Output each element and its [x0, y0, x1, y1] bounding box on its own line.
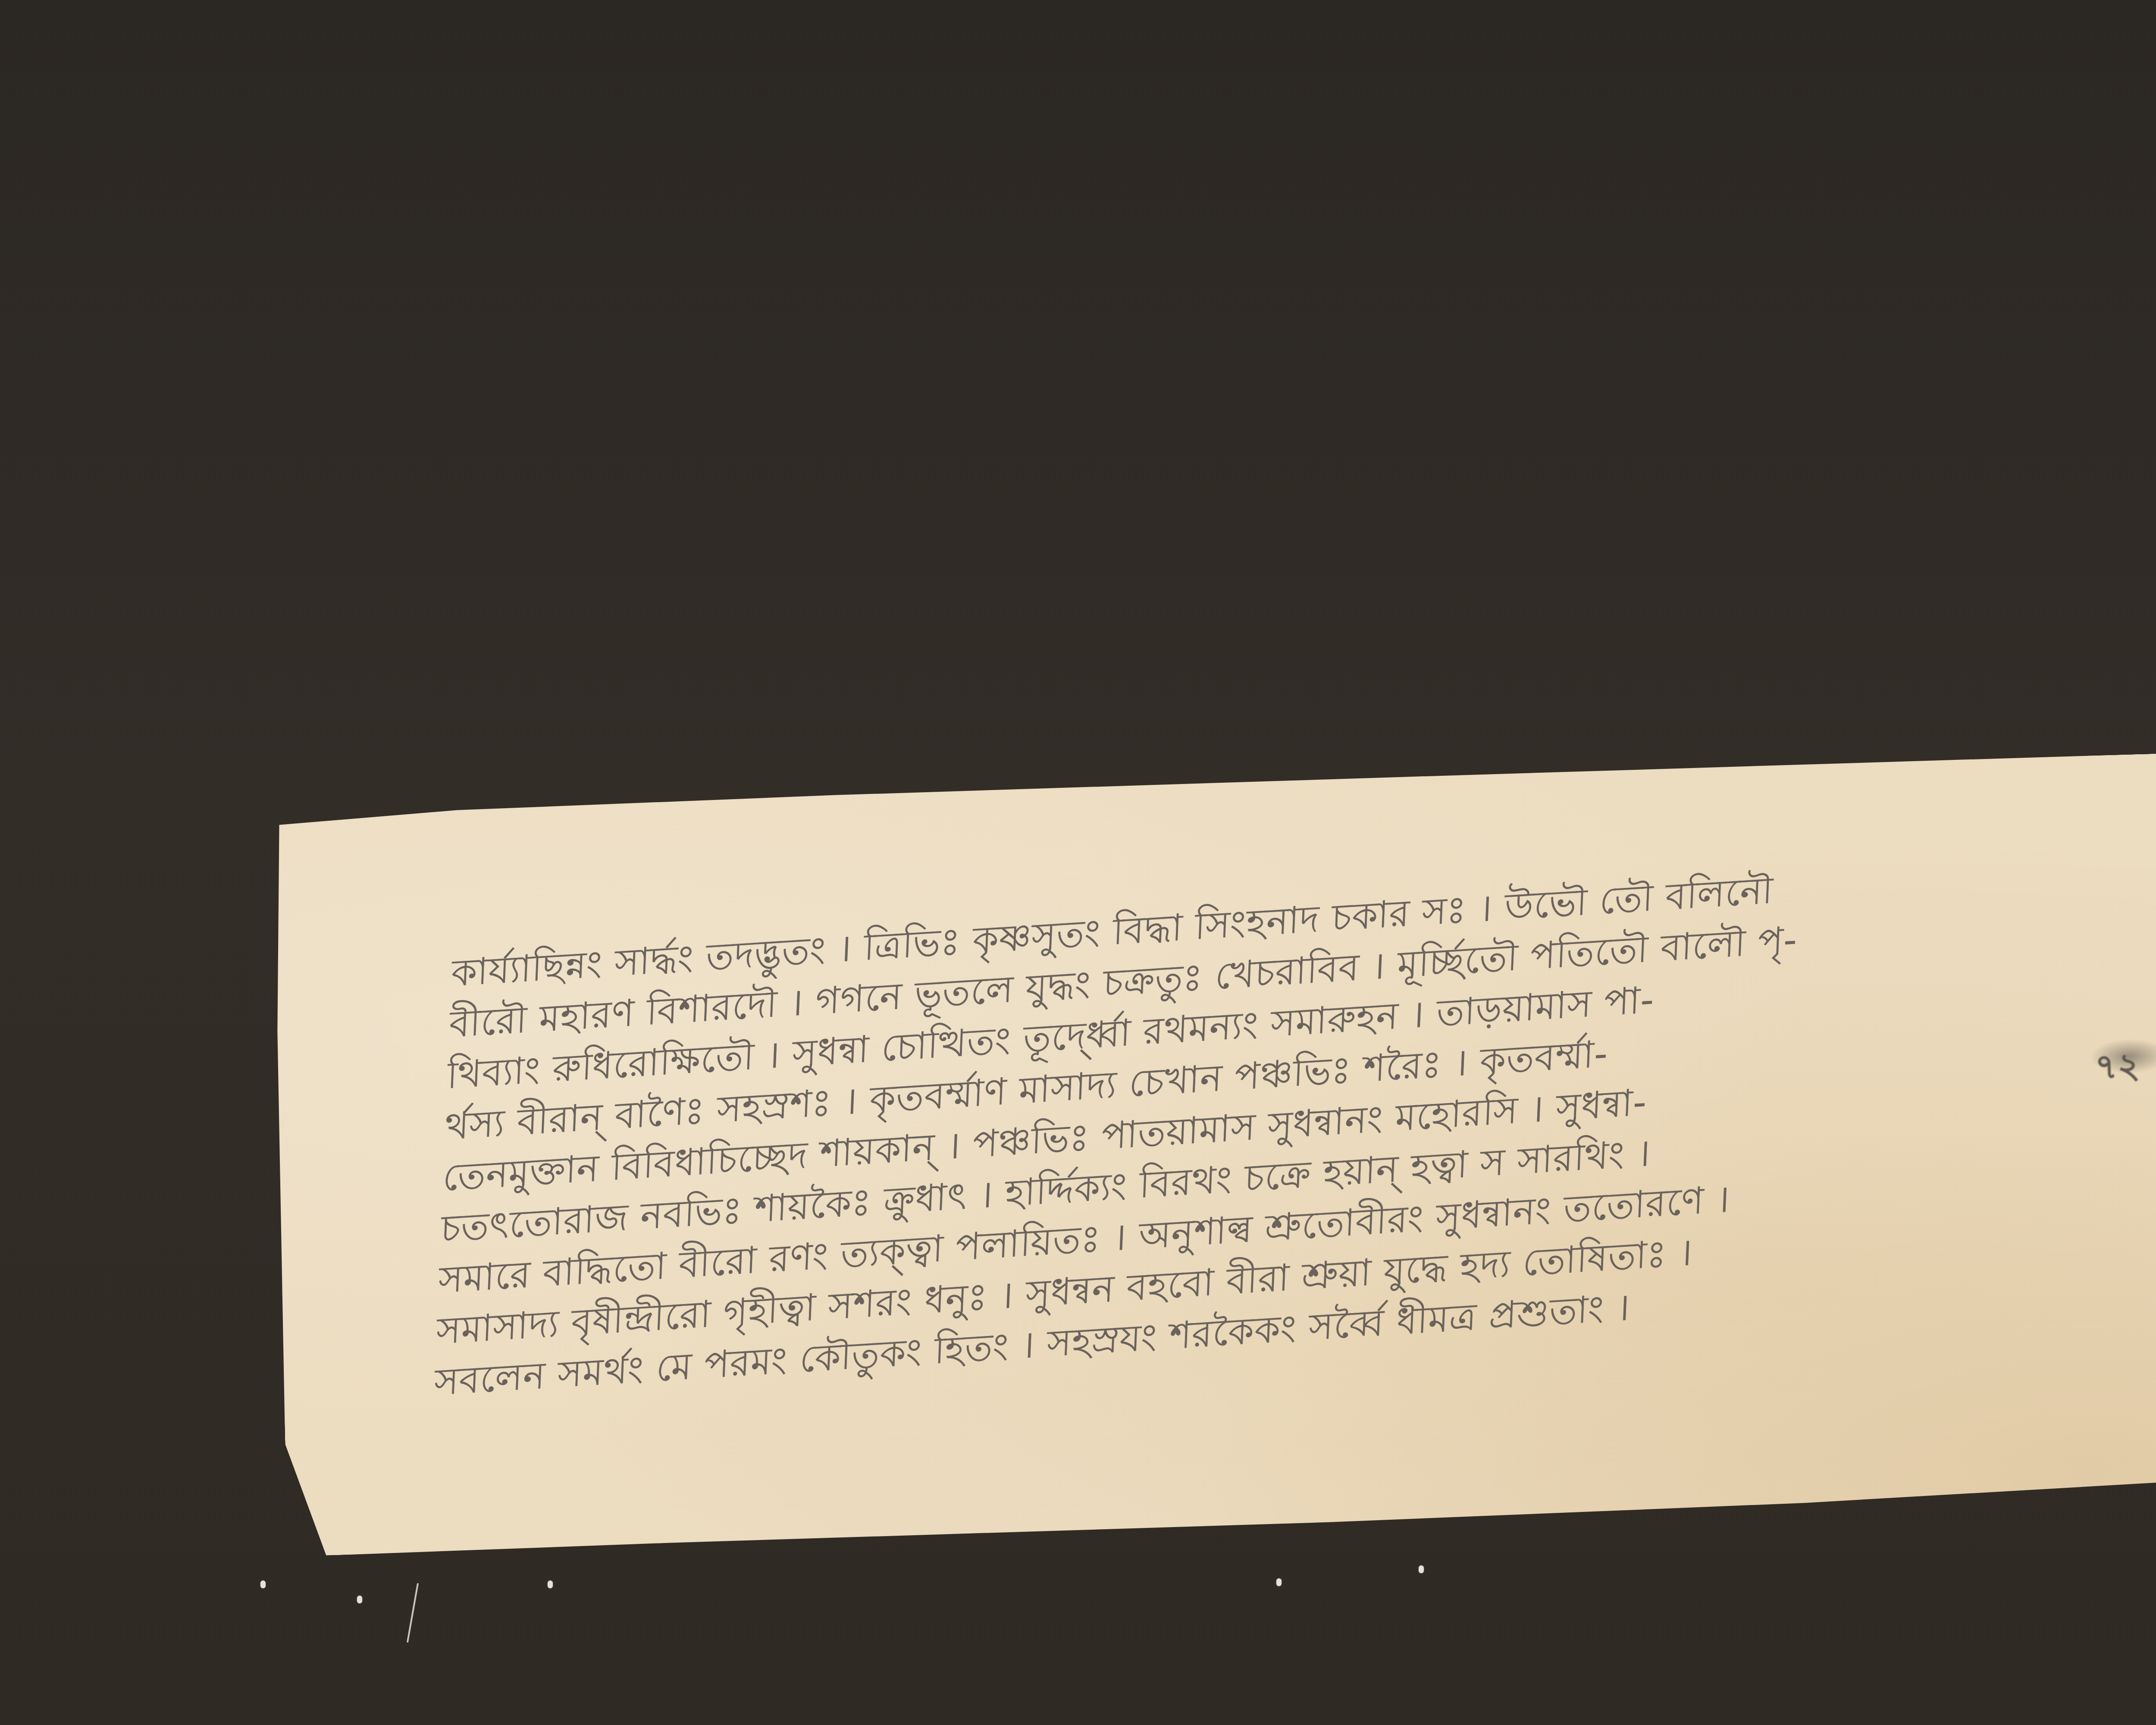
mounting-pin-head [548, 1581, 553, 1588]
mounting-pin-head [260, 1581, 266, 1588]
manuscript-leaf: কার্য্যাছিন্নং সার্দ্ধং তদদ্ভুতং । ত্রিভ… [267, 753, 2156, 1556]
mounting-pin-head [1276, 1578, 1282, 1586]
mounting-pin-head [1419, 1565, 1424, 1573]
manuscript-text: কার্য্যাছিন্নং সার্দ্ধং তদদ্ভুতং । ত্রিভ… [433, 852, 1985, 1408]
folio-number-smudge: ৭২ [2094, 1038, 2156, 1088]
mounting-pin-head [357, 1596, 362, 1603]
